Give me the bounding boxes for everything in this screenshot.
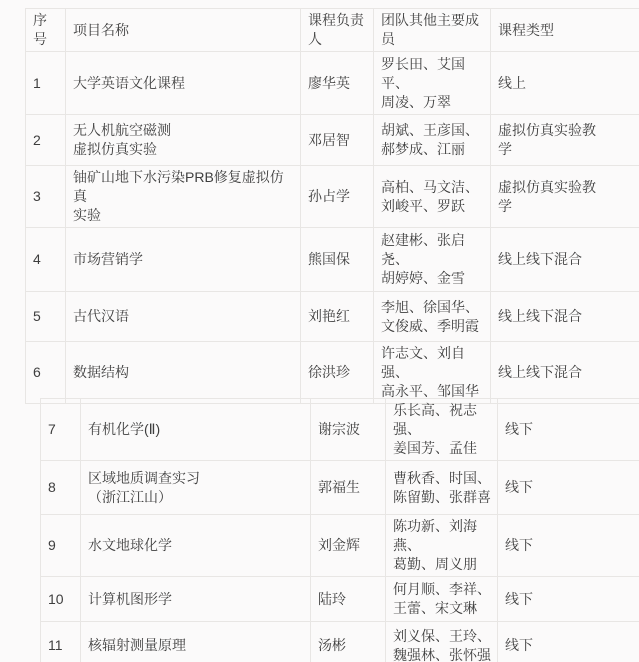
cell-name: 古代汉语 <box>66 292 301 342</box>
cell-name: 无人机航空磁测 虚拟仿真实验 <box>66 115 301 166</box>
cell-no: 7 <box>41 399 81 461</box>
cell-name: 数据结构 <box>66 342 301 404</box>
cell-name: 区域地质调查实习 （浙江江山） <box>81 461 311 515</box>
cell-type: 线下 <box>498 622 639 662</box>
cell-type: 线下 <box>498 515 639 577</box>
cell-name: 核辐射测量原理 <box>81 622 311 662</box>
table-row: 1大学英语文化课程廖华英罗长田、艾国 平、 周凌、万翠线上 <box>26 52 639 115</box>
cell-type: 线上线下混合 <box>491 228 639 292</box>
cell-no: 4 <box>26 228 66 292</box>
cell-members: 乐长高、祝志 强、 姜国芳、孟佳 <box>386 399 498 461</box>
cell-members: 高柏、马文洁、 刘峻平、罗跃 <box>374 166 491 228</box>
cell-type: 虚拟仿真实验教 学 <box>491 166 639 228</box>
cell-leader: 廖华英 <box>301 52 374 115</box>
cell-name: 有机化学(Ⅱ) <box>81 399 311 461</box>
cell-members: 赵建彬、张启 尧、 胡婷婷、金雪 <box>374 228 491 292</box>
table-row: 5古代汉语刘艳红李旭、徐国华、 文俊威、季明霞线上线下混合 <box>26 292 639 342</box>
cell-leader: 汤彬 <box>311 622 386 662</box>
cell-no: 2 <box>26 115 66 166</box>
table-row: 11核辐射测量原理汤彬刘义保、王玲、 魏强林、张怀强线下 <box>41 622 639 662</box>
table-row: 2无人机航空磁测 虚拟仿真实验邓居智胡斌、王彦国、 郝梦成、江丽虚拟仿真实验教 … <box>26 115 639 166</box>
cell-type: 线上线下混合 <box>491 292 639 342</box>
cell-leader: 谢宗波 <box>311 399 386 461</box>
cell-leader: 熊国保 <box>301 228 374 292</box>
header-row: 序 号 项目名称 课程负责 人 团队其他主要成 员 课程类型 <box>26 9 639 52</box>
cell-members: 李旭、徐国华、 文俊威、季明霞 <box>374 292 491 342</box>
cell-name: 大学英语文化课程 <box>66 52 301 115</box>
cell-no: 1 <box>26 52 66 115</box>
cell-leader: 孙占学 <box>301 166 374 228</box>
cell-type: 线上 <box>491 52 639 115</box>
table-body-section-1: 1大学英语文化课程廖华英罗长田、艾国 平、 周凌、万翠线上2无人机航空磁测 虚拟… <box>26 52 639 404</box>
col-header-name: 项目名称 <box>66 9 301 52</box>
cell-members: 何月顺、李祥、 王蕾、宋文琳 <box>386 577 498 622</box>
table-row: 10计算机图形学陆玲何月顺、李祥、 王蕾、宋文琳线下 <box>41 577 639 622</box>
col-header-leader: 课程负责 人 <box>301 9 374 52</box>
cell-members: 刘义保、王玲、 魏强林、张怀强 <box>386 622 498 662</box>
col-header-members: 团队其他主要成 员 <box>374 9 491 52</box>
cell-type: 线上线下混合 <box>491 342 639 404</box>
cell-no: 10 <box>41 577 81 622</box>
table-row: 7有机化学(Ⅱ)谢宗波乐长高、祝志 强、 姜国芳、孟佳线下 <box>41 399 639 461</box>
table-row: 8区域地质调查实习 （浙江江山）郭福生曹秋香、时国、 陈留勤、张群喜线下 <box>41 461 639 515</box>
cell-name: 水文地球化学 <box>81 515 311 577</box>
cell-no: 6 <box>26 342 66 404</box>
cell-leader: 徐洪珍 <box>301 342 374 404</box>
cell-name: 市场营销学 <box>66 228 301 292</box>
table-row: 3铀矿山地下水污染PRB修复虚拟仿真 实验孙占学高柏、马文洁、 刘峻平、罗跃虚拟… <box>26 166 639 228</box>
cell-type: 线下 <box>498 577 639 622</box>
cell-name: 铀矿山地下水污染PRB修复虚拟仿真 实验 <box>66 166 301 228</box>
table-row: 9水文地球化学刘金辉陈功新、刘海 燕、 葛勤、周义朋线下 <box>41 515 639 577</box>
col-header-type: 课程类型 <box>491 9 639 52</box>
cell-members: 曹秋香、时国、 陈留勤、张群喜 <box>386 461 498 515</box>
cell-members: 胡斌、王彦国、 郝梦成、江丽 <box>374 115 491 166</box>
cell-members: 许志文、刘自 强、 高永平、邹国华 <box>374 342 491 404</box>
cell-leader: 刘金辉 <box>311 515 386 577</box>
cell-no: 3 <box>26 166 66 228</box>
table-row: 4市场营销学熊国保赵建彬、张启 尧、 胡婷婷、金雪线上线下混合 <box>26 228 639 292</box>
cell-name: 计算机图形学 <box>81 577 311 622</box>
col-header-no: 序 号 <box>26 9 66 52</box>
course-table-part1: 序 号 项目名称 课程负责 人 团队其他主要成 员 课程类型 1大学英语文化课程… <box>25 8 639 404</box>
course-table-part2: 7有机化学(Ⅱ)谢宗波乐长高、祝志 强、 姜国芳、孟佳线下8区域地质调查实习 （… <box>40 398 639 662</box>
table-body-section-2: 7有机化学(Ⅱ)谢宗波乐长高、祝志 强、 姜国芳、孟佳线下8区域地质调查实习 （… <box>41 399 639 662</box>
cell-no: 11 <box>41 622 81 662</box>
cell-leader: 邓居智 <box>301 115 374 166</box>
table-row: 6数据结构徐洪珍许志文、刘自 强、 高永平、邹国华线上线下混合 <box>26 342 639 404</box>
cell-no: 8 <box>41 461 81 515</box>
cell-leader: 刘艳红 <box>301 292 374 342</box>
cell-no: 9 <box>41 515 81 577</box>
cell-type: 虚拟仿真实验教 学 <box>491 115 639 166</box>
cell-type: 线下 <box>498 461 639 515</box>
cell-leader: 陆玲 <box>311 577 386 622</box>
cell-type: 线下 <box>498 399 639 461</box>
cell-leader: 郭福生 <box>311 461 386 515</box>
cell-members: 罗长田、艾国 平、 周凌、万翠 <box>374 52 491 115</box>
cell-members: 陈功新、刘海 燕、 葛勤、周义朋 <box>386 515 498 577</box>
cell-no: 5 <box>26 292 66 342</box>
